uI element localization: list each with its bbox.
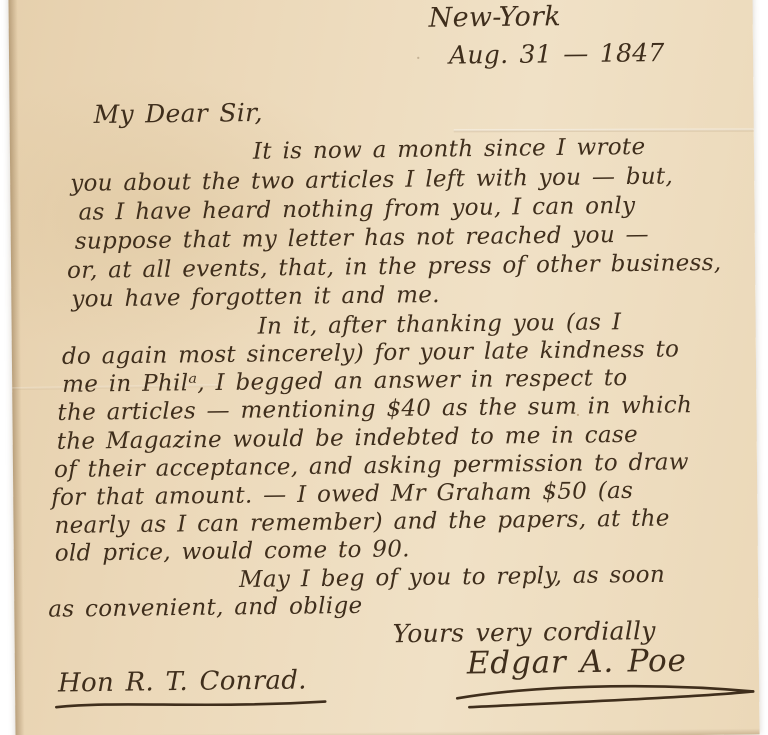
letter-salutation: My Dear Sir,: [93, 100, 262, 127]
letter-line: or, at all events, that, in the press of…: [67, 252, 722, 283]
signature-flourish-icon: [453, 679, 761, 710]
recipient-underline-icon: [53, 696, 329, 715]
letter-line: do again most sincerely) for your late k…: [62, 338, 680, 369]
letter-closing: Yours very cordially: [392, 618, 655, 646]
scan-background: New-York Aug. 31 — 1847 My Dear Sir, It …: [0, 0, 768, 735]
letter-line: you have forgotten it and me.: [71, 284, 440, 311]
letter-date: Aug. 31 — 1847: [449, 40, 665, 68]
letter-line: as convenient, and oblige: [48, 595, 362, 622]
letter-line: for that amount. — I owed Mr Graham $50 …: [51, 480, 633, 510]
letter-place: New-York: [429, 3, 562, 32]
letter-line: the articles — mentioning $40 as the sum…: [57, 394, 692, 425]
letter-line: me in Philᵃ, I begged an answer in respe…: [62, 367, 628, 397]
letter-line: suppose that my letter has not reached y…: [75, 224, 649, 254]
letter-line: May I beg of you to reply, as soon: [239, 564, 665, 592]
paper-left-edge-shadow: [8, 0, 24, 735]
letter-recipient: Hon R. T. Conrad.: [58, 667, 307, 696]
letter-line: old price, would come to 90.: [55, 538, 410, 565]
letter-line: the Magazine would be indebted to me in …: [57, 424, 638, 454]
letter-paper: New-York Aug. 31 — 1847 My Dear Sir, It …: [8, 0, 759, 735]
letter-line: It is now a month since I wrote: [253, 136, 646, 164]
letter-line: nearly as I can remember) and the papers…: [54, 507, 669, 538]
letter-line: In it, after thanking you (as I: [257, 311, 621, 338]
letter-line: you about the two articles I left with y…: [70, 165, 673, 195]
paper-crease: [454, 128, 754, 132]
paper-bottom-edge-shadow: [16, 728, 760, 735]
letter-line: as I have heard nothing from you, I can …: [78, 195, 635, 225]
signature: Edgar A. Poe: [467, 646, 687, 680]
